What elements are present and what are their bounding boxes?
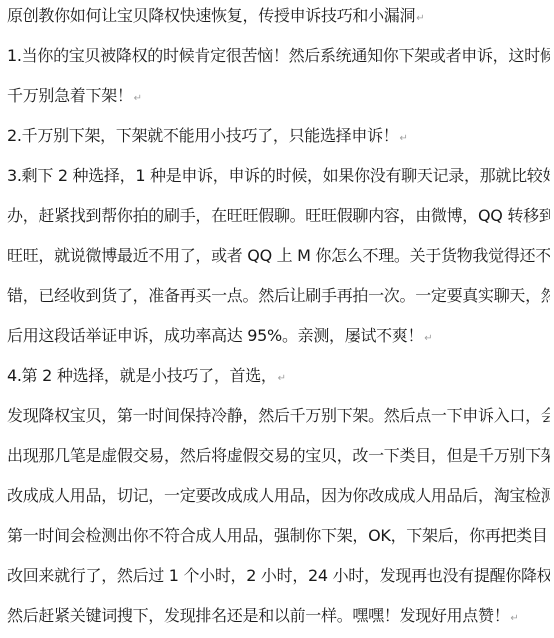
text-line-10: 4.第 2 种选择，就是小技巧了，首选，↵ <box>7 364 550 388</box>
line-text: 然后赶紧关键词搜下，发现排名还是和以前一样。嘿嘿！发现好用点赞！ <box>7 606 509 625</box>
line-text: 4.第 2 种选择，就是小技巧了，首选， <box>7 366 277 385</box>
line-text: 2.千万别下架，下架就不能用小技巧了，只能选择申诉！ <box>7 126 398 145</box>
line-text: 发现降权宝贝，第一时间保持冷静，然后千万别下架。然后点一下申诉入口，会 <box>7 406 550 425</box>
paragraph-mark-icon: ↵ <box>399 133 407 144</box>
line-text: 第一时间会检测出你不符合成人用品，强制你下架，OK，下架后，你再把类目 <box>7 526 548 545</box>
line-text: 出现那几笔是虚假交易，然后将虚假交易的宝贝，改一下类目，但是千万别下架， <box>7 446 550 465</box>
line-text: 原创教你如何让宝贝降权快速恢复，传授申诉技巧和小漏洞 <box>7 6 415 25</box>
text-line-5: 3.剩下 2 种选择，1 种是申诉，申诉的时候，如果你没有聊天记录，那就比较好 <box>7 164 550 188</box>
paragraph-mark-icon: ↵ <box>134 93 142 104</box>
text-line-12: 出现那几笔是虚假交易，然后将虚假交易的宝贝，改一下类目，但是千万别下架， <box>7 444 550 468</box>
text-line-14: 第一时间会检测出你不符合成人用品，强制你下架，OK，下架后，你再把类目 <box>7 524 550 548</box>
line-text: 旺旺，就说微博最近不用了，或者 QQ 上 M 你怎么不理。关于货物我觉得还不 <box>7 246 550 265</box>
line-text: 1.当你的宝贝被降权的时候肯定很苦恼！然后系统通知你下架或者申诉，这时候 <box>7 46 550 65</box>
line-text: 改成成人用品，切记，一定要改成成人用品，因为你改成成人用品后，淘宝检测 <box>7 486 550 505</box>
text-line-6: 办，赶紧找到帮你拍的刷手，在旺旺假聊。旺旺假聊内容，由微博，QQ 转移到 <box>7 204 550 228</box>
line-text: 办，赶紧找到帮你拍的刷手，在旺旺假聊。旺旺假聊内容，由微博，QQ 转移到 <box>7 206 550 225</box>
paragraph-mark-icon: ↵ <box>424 333 432 344</box>
line-text: 错，已经收到货了，准备再买一点。然后让刷手再拍一次。一定要真实聊天，然 <box>7 286 550 305</box>
document-body: 原创教你如何让宝贝降权快速恢复，传授申诉技巧和小漏洞↵ 1.当你的宝贝被降权的时… <box>0 0 554 638</box>
line-text: 千万别急着下架！ <box>7 86 133 105</box>
line-text: 3.剩下 2 种选择，1 种是申诉，申诉的时候，如果你没有聊天记录，那就比较好 <box>7 166 550 185</box>
text-line-15: 改回来就行了，然后过 1 个小时，2 小时，24 小时，发现再也没有提醒你降权， <box>7 564 550 588</box>
paragraph-mark-icon: ↵ <box>510 613 518 624</box>
text-line-8: 错，已经收到货了，准备再买一点。然后让刷手再拍一次。一定要真实聊天，然 <box>7 284 550 308</box>
line-text: 后用这段话举证申诉，成功率高达 95%。亲测，屡试不爽！ <box>7 326 423 345</box>
paragraph-mark-icon: ↵ <box>416 13 424 24</box>
text-line-16: 然后赶紧关键词搜下，发现排名还是和以前一样。嘿嘿！发现好用点赞！↵ <box>7 604 550 628</box>
text-line-2: 1.当你的宝贝被降权的时候肯定很苦恼！然后系统通知你下架或者申诉，这时候 <box>7 44 550 68</box>
paragraph-mark-icon: ↵ <box>278 373 286 384</box>
text-line-13: 改成成人用品，切记，一定要改成成人用品，因为你改成成人用品后，淘宝检测 <box>7 484 550 508</box>
text-line-7: 旺旺，就说微博最近不用了，或者 QQ 上 M 你怎么不理。关于货物我觉得还不 <box>7 244 550 268</box>
text-line-11: 发现降权宝贝，第一时间保持冷静，然后千万别下架。然后点一下申诉入口，会 <box>7 404 550 428</box>
text-line-3: 千万别急着下架！↵ <box>7 84 550 108</box>
text-line-9: 后用这段话举证申诉，成功率高达 95%。亲测，屡试不爽！↵ <box>7 324 550 348</box>
text-line-1: 原创教你如何让宝贝降权快速恢复，传授申诉技巧和小漏洞↵ <box>7 4 550 28</box>
line-text: 改回来就行了，然后过 1 个小时，2 小时，24 小时，发现再也没有提醒你降权， <box>7 566 550 585</box>
text-line-4: 2.千万别下架，下架就不能用小技巧了，只能选择申诉！↵ <box>7 124 550 148</box>
